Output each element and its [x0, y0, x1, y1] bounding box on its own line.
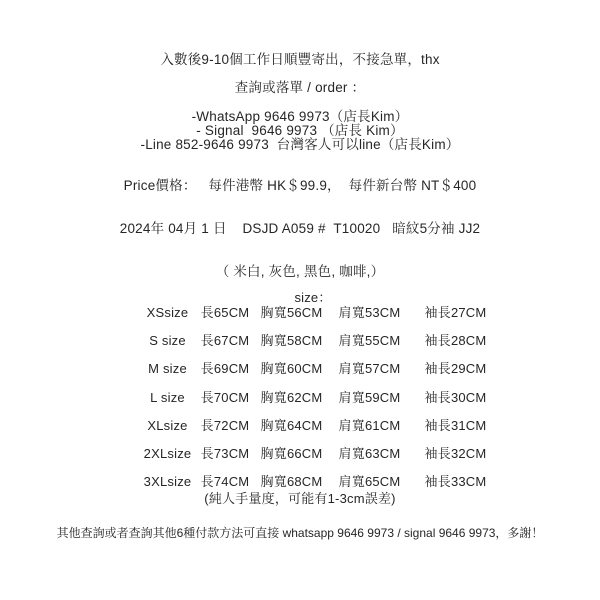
footer-payment-contact-note: 其他查詢或者查詢其他6種付款方法可直接 whatsapp 9646 9973 /…	[0, 524, 600, 542]
shoulder-value: 肩寬59CM	[328, 384, 411, 412]
shoulder-value: 肩寬63CM	[328, 440, 411, 468]
shoulder-value: 肩寬55CM	[328, 327, 411, 355]
measurement-tolerance-note: (純人手量度，可能有1-3cm誤差)	[0, 490, 600, 508]
chest-value: 胸寬60CM	[255, 355, 328, 383]
length-value: 長70CM	[195, 384, 255, 412]
price-line: Price價格： 每件港幣 HK＄99.9， 每件新台幣 NT＄400	[0, 177, 600, 195]
product-line: 2024年 04月 1 日 DSJD A059 # T10020 暗紋5分袖 J…	[0, 220, 600, 238]
sleeve-value: 袖長31CM	[411, 412, 500, 440]
shoulder-value: 肩寬53CM	[328, 299, 411, 327]
size-name: M size	[140, 355, 195, 383]
sleeve-value: 袖長32CM	[411, 440, 500, 468]
size-row-xs: XSsize 長65CM 胸寬56CM 肩寬53CM 袖長27CM	[0, 299, 600, 327]
size-name: S size	[140, 327, 195, 355]
length-value: 長65CM	[195, 299, 255, 327]
contact-list: -WhatsApp 9646 9973（店長Kim） - Signal 9646…	[0, 110, 600, 152]
size-name: XSsize	[140, 299, 195, 327]
sleeve-value: 袖長28CM	[411, 327, 500, 355]
size-row-l: L size 長70CM 胸寬62CM 肩寬59CM 袖長30CM	[0, 384, 600, 412]
size-row-m: M size 長69CM 胸寬60CM 肩寬57CM 袖長29CM	[0, 355, 600, 383]
size-table: XSsize 長65CM 胸寬56CM 肩寬53CM 袖長27CM S size…	[0, 299, 600, 496]
sleeve-value: 袖長30CM	[411, 384, 500, 412]
size-row-s: S size 長67CM 胸寬58CM 肩寬55CM 袖長28CM	[0, 327, 600, 355]
shoulder-value: 肩寬57CM	[328, 355, 411, 383]
size-name: XLsize	[140, 412, 195, 440]
length-value: 長67CM	[195, 327, 255, 355]
chest-value: 胸寬66CM	[255, 440, 328, 468]
shoulder-value: 肩寬61CM	[328, 412, 411, 440]
chest-value: 胸寬58CM	[255, 327, 328, 355]
contact-signal: - Signal 9646 9973 （店長 Kim）	[0, 124, 600, 138]
chest-value: 胸寬56CM	[255, 299, 328, 327]
sleeve-value: 袖長29CM	[411, 355, 500, 383]
color-options: （ 米白, 灰色, 黑色, 咖啡,）	[0, 263, 600, 281]
size-row-xl: XLsize 長72CM 胸寬64CM 肩寬61CM 袖長31CM	[0, 412, 600, 440]
product-info-sheet: 入數後9-10個工作日順豐寄出，不接急單，thx 查詢或落單 / order ：…	[0, 0, 600, 600]
size-row-2xl: 2XLsize 長73CM 胸寬66CM 肩寬63CM 袖長32CM	[0, 440, 600, 468]
contact-line-app: -Line 852-9646 9973 台灣客人可以line（店長Kim）	[0, 138, 600, 152]
length-value: 長73CM	[195, 440, 255, 468]
size-name: 2XLsize	[140, 440, 195, 468]
sleeve-value: 袖長27CM	[411, 299, 500, 327]
length-value: 長72CM	[195, 412, 255, 440]
chest-value: 胸寬64CM	[255, 412, 328, 440]
order-heading: 查詢或落單 / order ：	[0, 79, 600, 97]
shipping-note: 入數後9-10個工作日順豐寄出，不接急單，thx	[0, 51, 600, 69]
length-value: 長69CM	[195, 355, 255, 383]
chest-value: 胸寬62CM	[255, 384, 328, 412]
contact-whatsapp: -WhatsApp 9646 9973（店長Kim）	[0, 110, 600, 124]
size-name: L size	[140, 384, 195, 412]
